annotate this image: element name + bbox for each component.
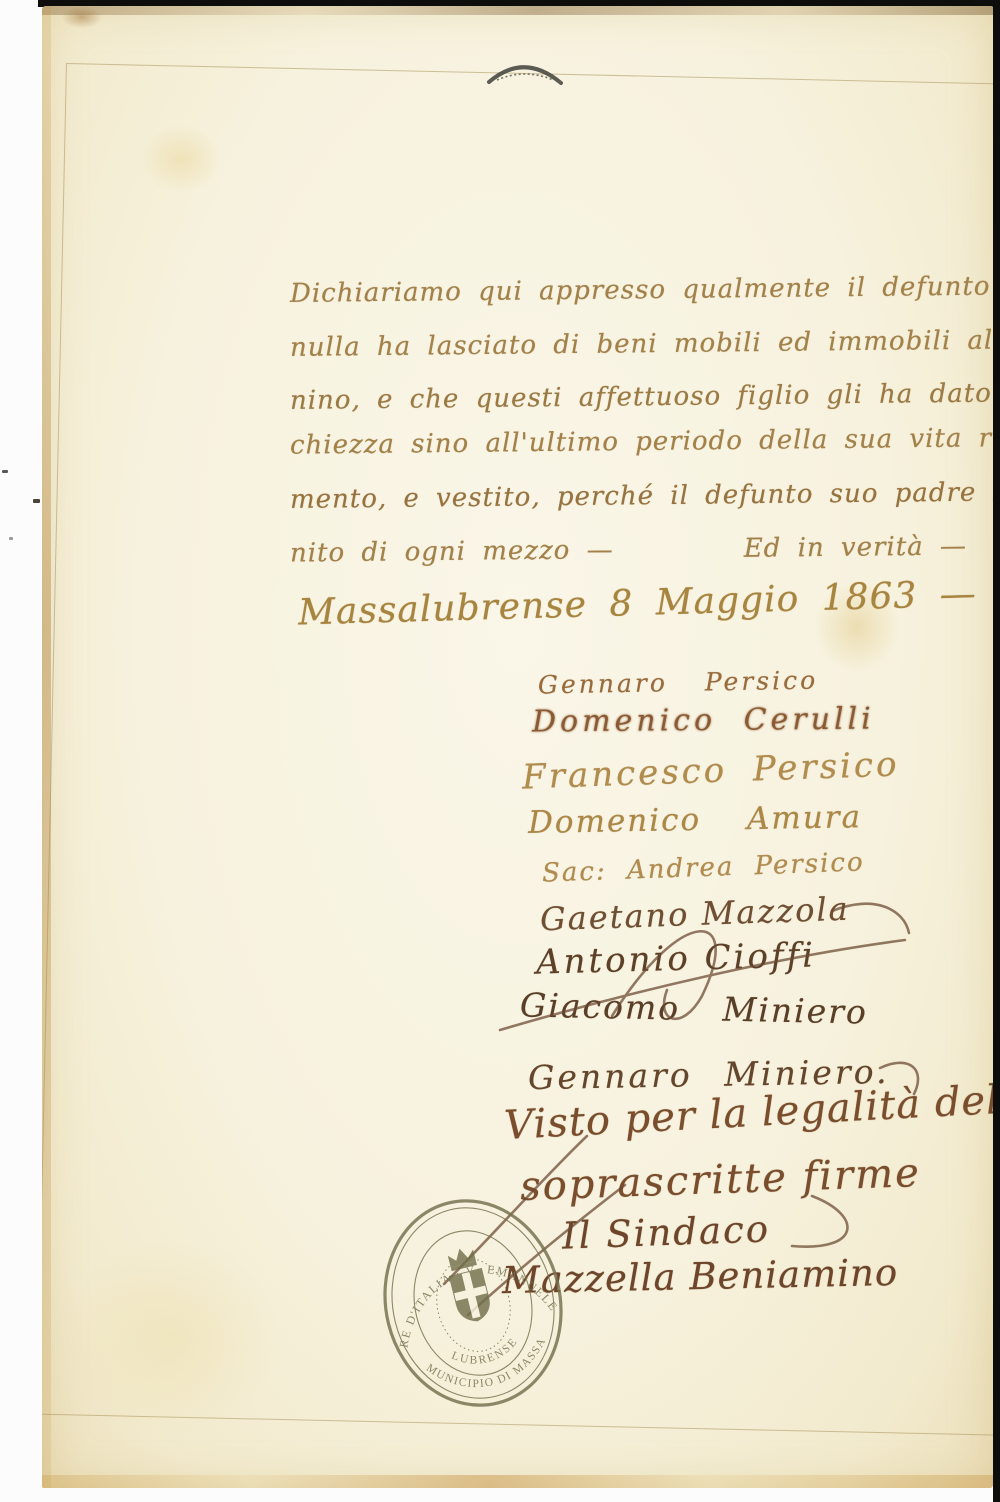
signature: Giacomo Miniero (520, 988, 869, 1028)
paper-left-edge-tint (42, 6, 51, 1488)
attestation-line: Il Sindaco (561, 1210, 770, 1254)
paper-sheet: Dichiariamo qui appresso qualmente il de… (42, 6, 993, 1488)
signature: Domenico Amura (528, 802, 863, 839)
scan-speck (2, 470, 8, 473)
municipal-stamp: RE D'ITALIA · V· EMANUELE MUNICIPIO DI M… (368, 1186, 578, 1421)
signature: Gaetano Mazzola (540, 893, 851, 936)
handwritten-line: chiezza sino all'ultimo periodo della su… (290, 423, 993, 458)
scan-speck (9, 537, 13, 540)
signature: Gennaro Persico (538, 668, 819, 698)
scanner-border-right (993, 0, 1000, 1502)
handwritten-line: nito di ogni mezzo — Ed in verità — (290, 533, 967, 566)
paper-stain (62, 6, 102, 28)
document-scan: Dichiariamo qui appresso qualmente il de… (0, 0, 1000, 1502)
signature: Antonio Cioffi (536, 938, 817, 979)
scan-speck (33, 499, 40, 503)
signature: Domenico Cerulli (532, 705, 875, 738)
stamp-seal: RE D'ITALIA · V· EMANUELE MUNICIPIO DI M… (368, 1186, 578, 1421)
